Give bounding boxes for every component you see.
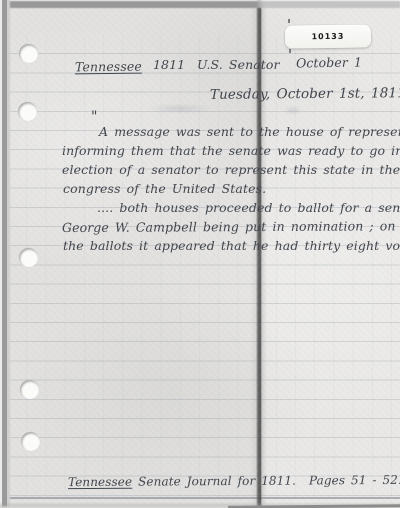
hole-punch [19, 248, 38, 267]
hole-punch [20, 380, 39, 399]
catalog-number: 10133 [312, 32, 345, 41]
citation-journal: Senate Journal for 1811. [138, 474, 296, 489]
body-line: the ballots it appeared that he had thir… [63, 238, 400, 253]
citation: Tennessee Senate Journal for 1811. Pages… [68, 473, 400, 489]
registration-tick-mark [289, 49, 291, 53]
paper-grain-texture [0, 0, 400, 508]
catalog-number-sticker: 10133 [285, 24, 371, 48]
scan-edge-top [0, 0, 400, 8]
body-line: A message was sent to the house of repre… [99, 124, 400, 139]
page-fold-crease [250, 0, 267, 508]
hole-punch [18, 102, 37, 121]
body-line: election of a senator to represent this … [62, 162, 400, 177]
erased-mark [148, 104, 212, 113]
header-office: U.S. Senator [197, 57, 280, 72]
hole-punch [19, 44, 38, 63]
scan-edge-left [0, 0, 11, 508]
scanned-document-page: 10133 Tennessee 1811 U.S. Senator Octobe… [0, 0, 400, 508]
body-line: George W. Campbell being put in nominati… [62, 218, 400, 235]
header-state: Tennessee [75, 59, 142, 75]
opening-quote-mark: " [91, 109, 98, 125]
body-line: congress of the United States. [63, 181, 266, 196]
erased-mark [284, 106, 302, 115]
bottom-rule-line [8, 497, 400, 499]
header-year: 1811 [153, 57, 185, 72]
citation-pages: Pages 51 - 52. [309, 473, 400, 488]
header-date-corner: October 1 [296, 55, 362, 71]
hole-punch [21, 432, 40, 451]
registration-tick-mark [288, 19, 290, 23]
body-line: .... both houses proceeded to ballot for… [97, 200, 400, 215]
date-line: Tuesday, October 1st, 1811. [210, 85, 400, 103]
body-line: informing them that the senate was ready… [62, 143, 400, 158]
citation-source: Tennessee [68, 475, 132, 489]
ruled-lines [8, 35, 400, 497]
